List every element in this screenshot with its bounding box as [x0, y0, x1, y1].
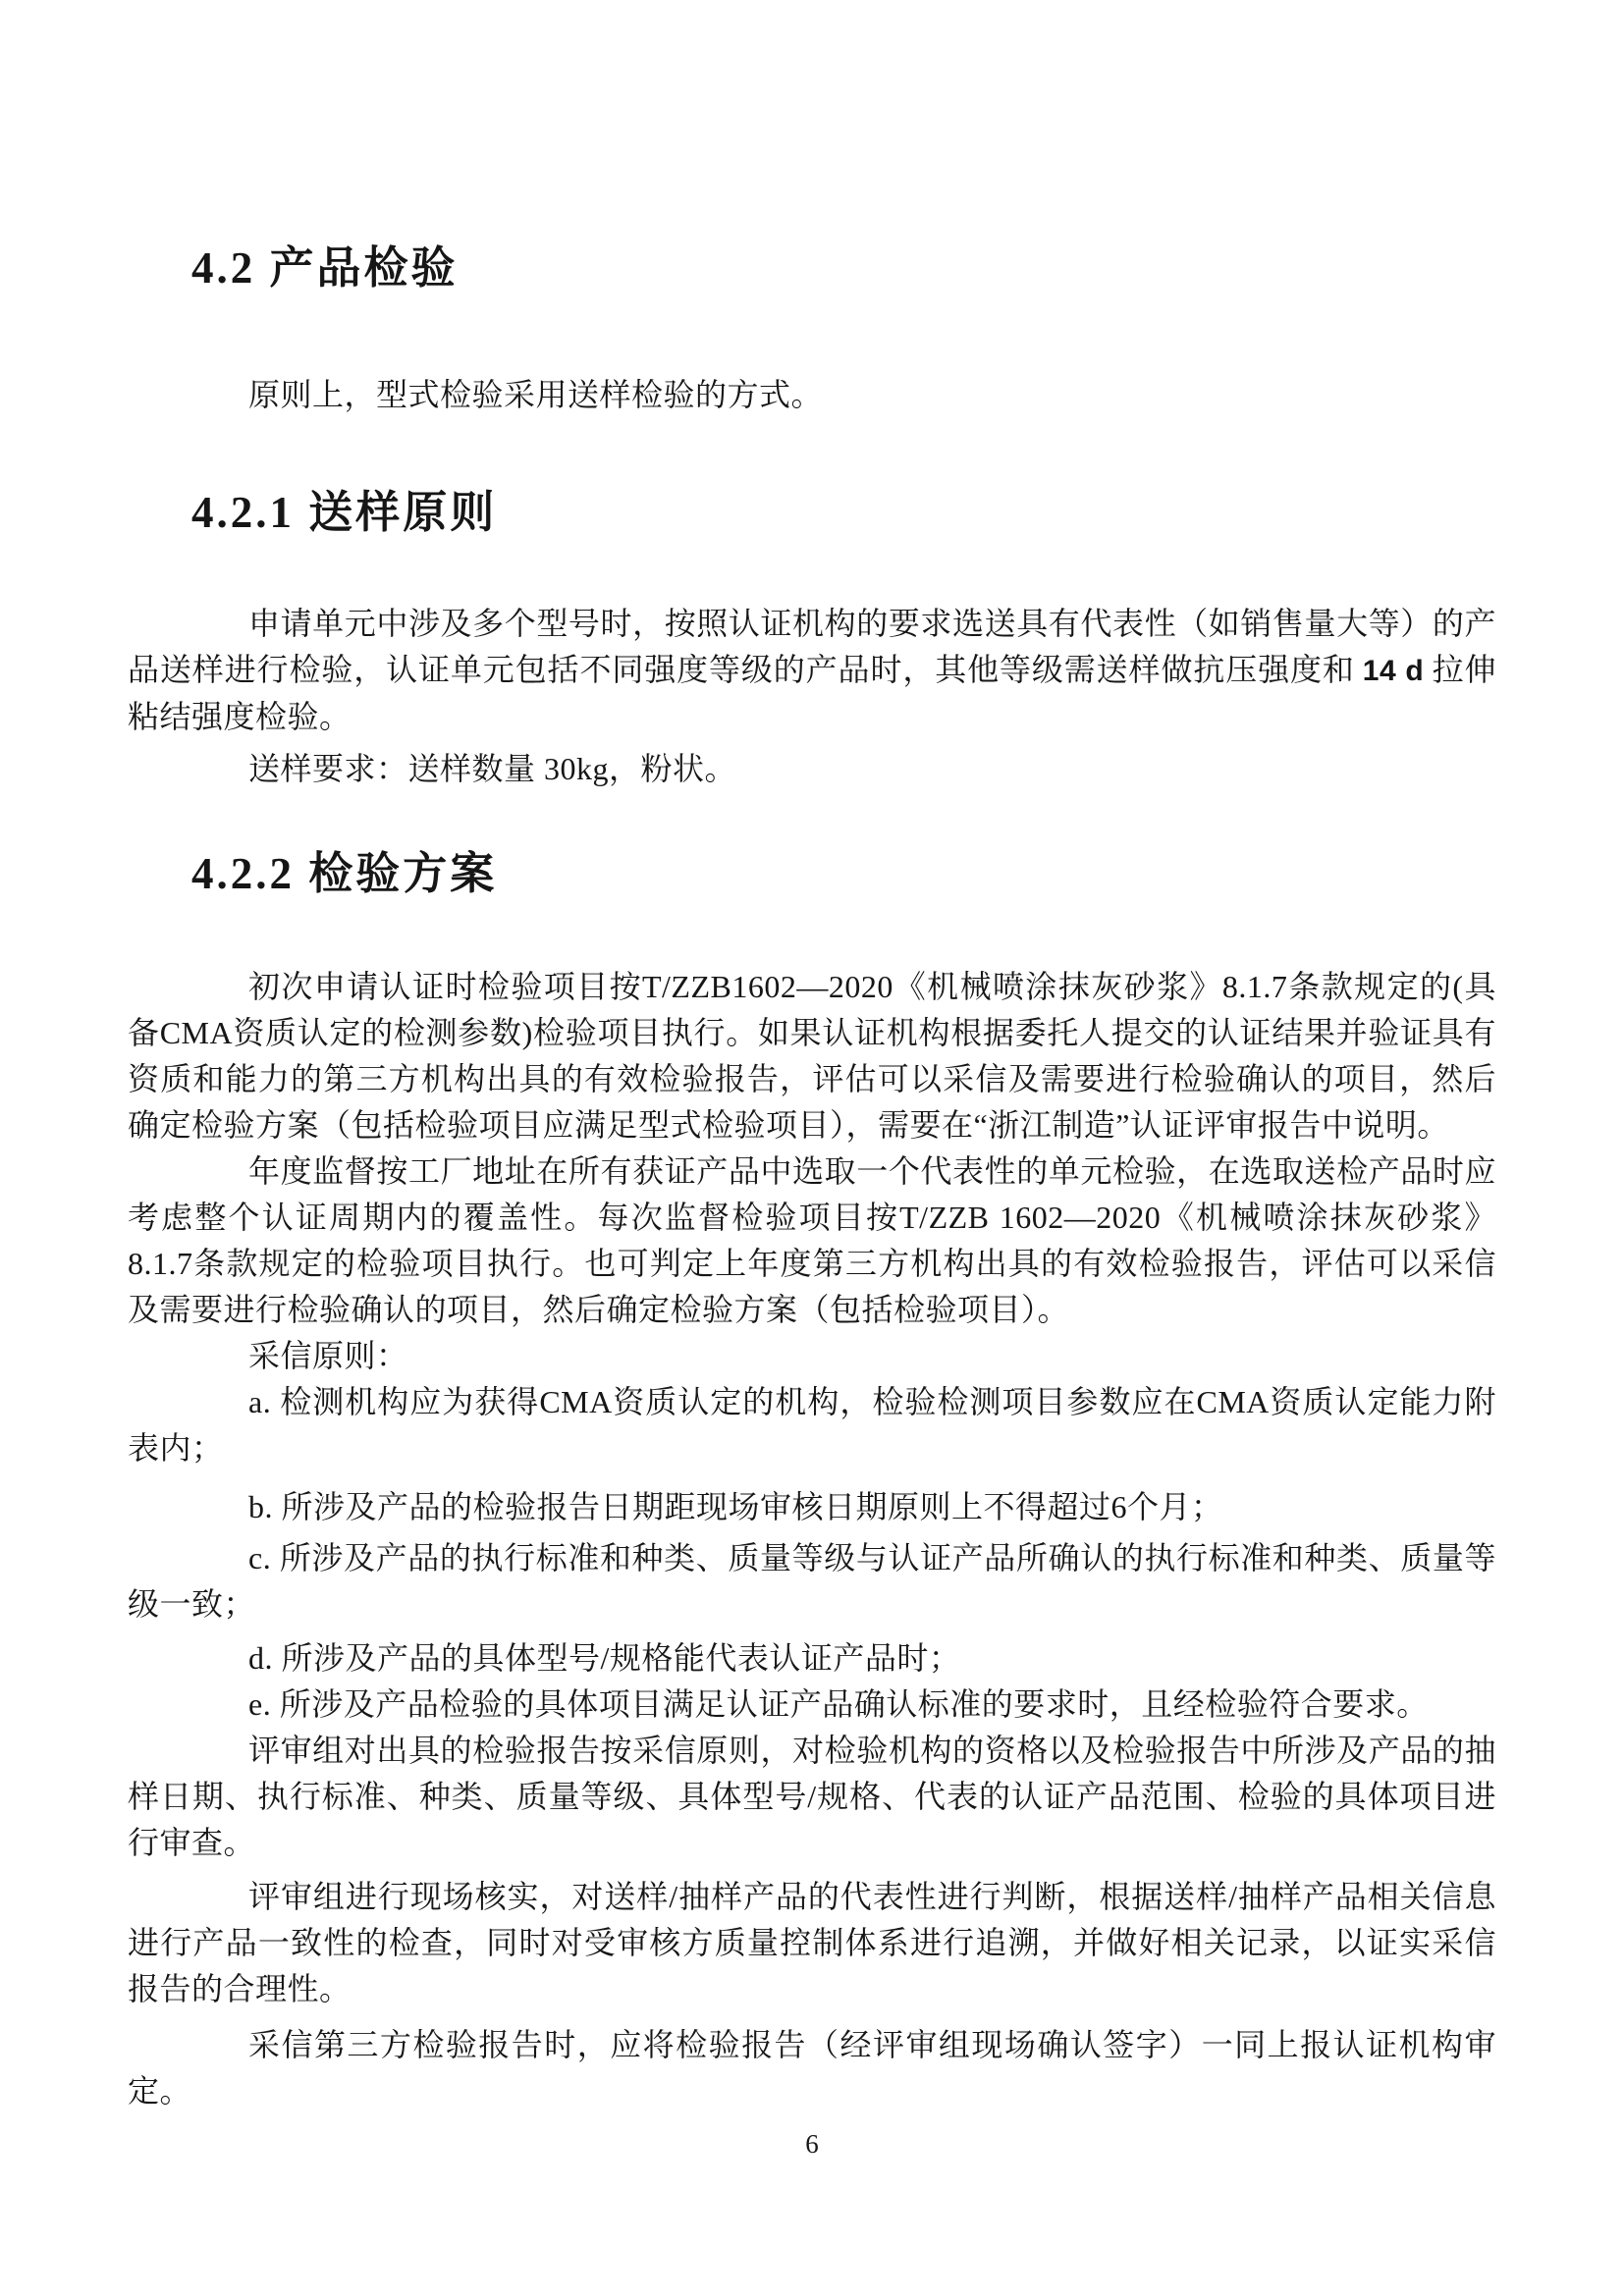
list-item-a: a. 检测机构应为获得CMA资质认定的机构，检验检测项目参数应在CMA资质认定能… — [128, 1379, 1496, 1471]
section-heading-4-2: 4.2 产品检验 — [191, 240, 1496, 295]
paragraph-adoption-principle-title: 采信原则： — [128, 1333, 1496, 1379]
section-heading-4-2-1: 4.2.1 送样原则 — [191, 485, 1496, 540]
list-item-e: e. 所涉及产品检验的具体项目满足认证产品确认标准的要求时，且经检验符合要求。 — [128, 1682, 1496, 1728]
paragraph-onsite-verification: 评审组进行现场核实，对送样/抽样产品的代表性进行判断，根据送样/抽样产品相关信息… — [128, 1874, 1496, 2012]
list-item-d: d. 所涉及产品的具体型号/规格能代表认证产品时； — [128, 1635, 1496, 1682]
paragraph-principle: 原则上，型式检验采用送样检验的方式。 — [128, 372, 1496, 418]
sampling-rule-text-pre: 申请单元中涉及多个型号时，按照认证机构的要求选送具有代表性（如销售量大等）的产品… — [128, 606, 1496, 687]
page-number: 6 — [0, 2128, 1624, 2160]
paragraph-review-report-check: 评审组对出具的检验报告按采信原则，对检验机构的资格以及检验报告中所涉及产品的抽样… — [128, 1728, 1496, 1866]
list-item-b: b. 所涉及产品的检验报告日期距现场审核日期原则上不得超过6个月； — [128, 1484, 1496, 1530]
paragraph-third-party-report: 采信第三方检验报告时，应将检验报告（经评审组现场确认签字）一同上报认证机构审定。 — [128, 2022, 1496, 2114]
document-page: 4.2 产品检验 原则上，型式检验采用送样检验的方式。 4.2.1 送样原则 申… — [0, 0, 1624, 2296]
document-content: 4.2 产品检验 原则上，型式检验采用送样检验的方式。 4.2.1 送样原则 申… — [0, 0, 1624, 2114]
list-item-c: c. 所涉及产品的执行标准和种类、质量等级与认证产品所确认的执行标准和种类、质量… — [128, 1535, 1496, 1628]
paragraph-sampling-rule: 申请单元中涉及多个型号时，按照认证机构的要求选送具有代表性（如销售量大等）的产品… — [128, 601, 1496, 740]
paragraph-initial-certification: 初次申请认证时检验项目按T/ZZB1602—2020《机械喷涂抹灰砂浆》8.1.… — [128, 964, 1496, 1148]
section-heading-4-2-2: 4.2.2 检验方案 — [191, 846, 1496, 901]
paragraph-sampling-requirement: 送样要求：送样数量 30kg，粉状。 — [128, 746, 1496, 792]
sampling-rule-bold-14d: 14 d — [1363, 655, 1424, 687]
paragraph-annual-supervision: 年度监督按工厂地址在所有获证产品中选取一个代表性的单元检验，在选取送检产品时应考… — [128, 1148, 1496, 1333]
